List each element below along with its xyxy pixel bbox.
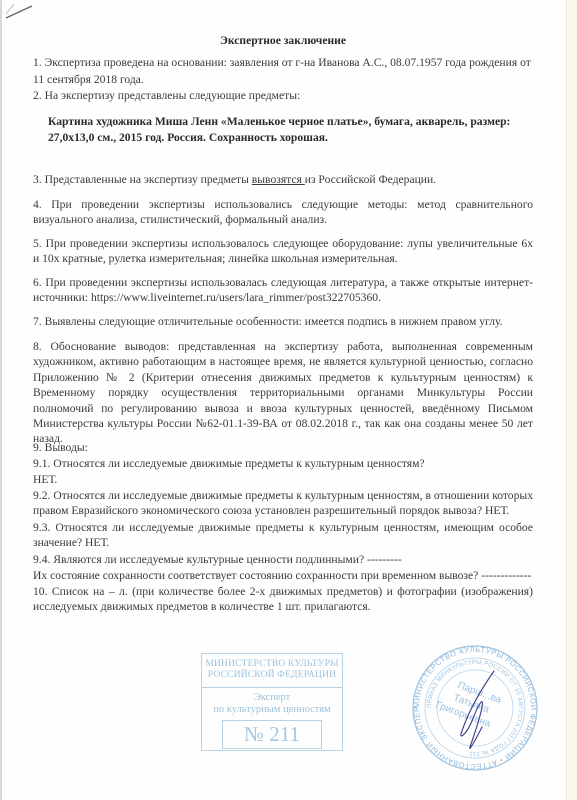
scan-left-edge: [0, 0, 2, 800]
document-page: Экспертное заключение 1. Экспертиза пров…: [0, 0, 566, 800]
item-3: 3. Представленные на экспертизу предметы…: [33, 172, 533, 187]
item-9-2: 9.2. Относятся ли исследуемые движимые п…: [33, 488, 533, 518]
item-3-text-post: из Российской Федерации.: [305, 173, 436, 186]
document-title: Экспертное заключение: [33, 33, 533, 48]
stamp-expert-number: № 211: [222, 720, 322, 749]
item-5: 5. При проведении экспертизы использовал…: [33, 236, 533, 266]
round-seal-with-signature: МИНИСТЕРСТВО КУЛЬТУРЫ РОССИЙСКОЙ ФЕДЕРАЦ…: [410, 643, 540, 773]
item-9-4: 9.4. Являются ли исследуемые культурные …: [33, 552, 533, 567]
item-8: 8. Обоснование выводов: представленная н…: [33, 339, 533, 447]
expert-number-stamp: МИНИСТЕРСТВО КУЛЬТУРЫ РОССИЙСКОЙ ФЕДЕРАЦ…: [201, 653, 343, 751]
object-description-line-1: Картина художника Миша Ленн «Маленькое ч…: [48, 114, 528, 129]
scan-right-edge: [566, 0, 577, 800]
stamp-ministry-line-1: МИНИСТЕРСТВО КУЛЬТУРЫ: [202, 659, 342, 670]
item-9-1-answer: НЕТ.: [33, 472, 533, 487]
item-10: 10. Список на – л. (при количестве более…: [33, 584, 533, 614]
item-3-text-pre: 3. Представленные на экспертизу предметы: [33, 173, 252, 186]
item-7: 7. Выявлены следующие отличительные особ…: [33, 314, 533, 329]
item-9-4-continued: Их состояние сохранности соответствует с…: [33, 568, 533, 583]
item-9-1: 9.1. Относятся ли исследуемые движимые п…: [33, 456, 533, 471]
stamp-expert-label: Эксперт: [202, 692, 342, 704]
item-9: 9. Выводы:: [33, 440, 533, 455]
item-9-3: 9.3. Относятся ли исследуемые движимые п…: [33, 520, 533, 550]
object-description-line-2: 27,0х13,0 см., 2015 год. Россия. Сохранн…: [48, 130, 528, 145]
stamp-expert-field: по культурным ценностям: [202, 704, 342, 716]
item-6: 6. При проведении экспертизы использовал…: [33, 275, 533, 305]
scan-corner-mark: [4, 4, 34, 20]
item-1-line-2: 11 сентября 2018 года.: [33, 72, 533, 87]
item-2: 2. На экспертизу представлены следующие …: [33, 88, 533, 103]
item-1-line-1: 1. Экспертиза проведена на основании: за…: [33, 55, 533, 70]
stamp-ministry-line-2: РОССИЙСКОЙ ФЕДЕРАЦИИ: [202, 670, 342, 681]
item-4: 4. При проведении экспертизы использовал…: [33, 197, 533, 227]
item-3-underlined: вывозятся: [252, 173, 305, 186]
